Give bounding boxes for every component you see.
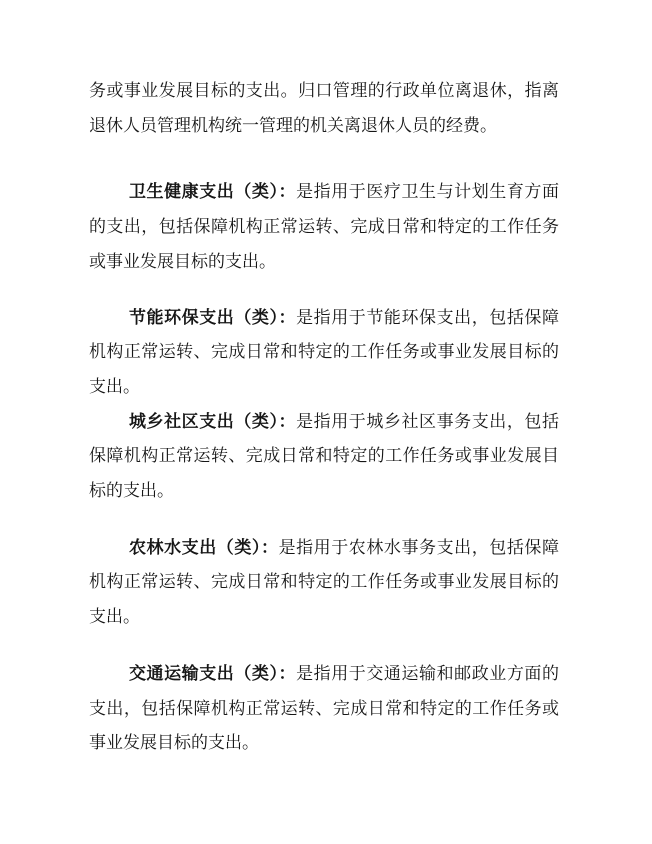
category-term-energy-conservation: 节能环保支出（类）： (129, 308, 296, 327)
paragraph-transportation-expenditure: 交通运输支出（类）：是指用于交通运输和邮政业方面的支出，包括保障机构正常运转、完… (89, 657, 559, 761)
paragraph-health-expenditure: 卫生健康支出（类）：是指用于医疗卫生与计划生育方面的支出，包括保障机构正常运转、… (89, 175, 559, 279)
paragraph-retirement-continuation: 务或事业发展目标的支出。归口管理的行政单位离退休，指离退休人员管理机构统一管理的… (89, 74, 559, 143)
category-term-agriculture-forestry-water: 农林水支出（类）： (129, 538, 279, 557)
document-text-block: 务或事业发展目标的支出。归口管理的行政单位离退休，指离退休人员管理机构统一管理的… (89, 74, 559, 761)
category-term-health: 卫生健康支出（类）： (129, 182, 296, 201)
paragraph-body: 务或事业发展目标的支出。归口管理的行政单位离退休，指离退休人员管理机构统一管理的… (89, 81, 559, 135)
category-term-transportation: 交通运输支出（类）： (129, 664, 296, 683)
paragraph-urban-rural-community-expenditure: 城乡社区支出（类）：是指用于城乡社区事务支出，包括保障机构正常运转、完成日常和特… (89, 405, 559, 509)
paragraph-energy-conservation-expenditure: 节能环保支出（类）：是指用于节能环保支出，包括保障机构正常运转、完成日常和特定的… (89, 301, 559, 405)
paragraph-agriculture-forestry-water-expenditure: 农林水支出（类）：是指用于农林水事务支出，包括保障机构正常运转、完成日常和特定的… (89, 531, 559, 635)
document-page: 务或事业发展目标的支出。归口管理的行政单位离退休，指离退休人员管理机构统一管理的… (0, 0, 652, 844)
category-term-urban-rural-community: 城乡社区支出（类）： (129, 412, 296, 431)
